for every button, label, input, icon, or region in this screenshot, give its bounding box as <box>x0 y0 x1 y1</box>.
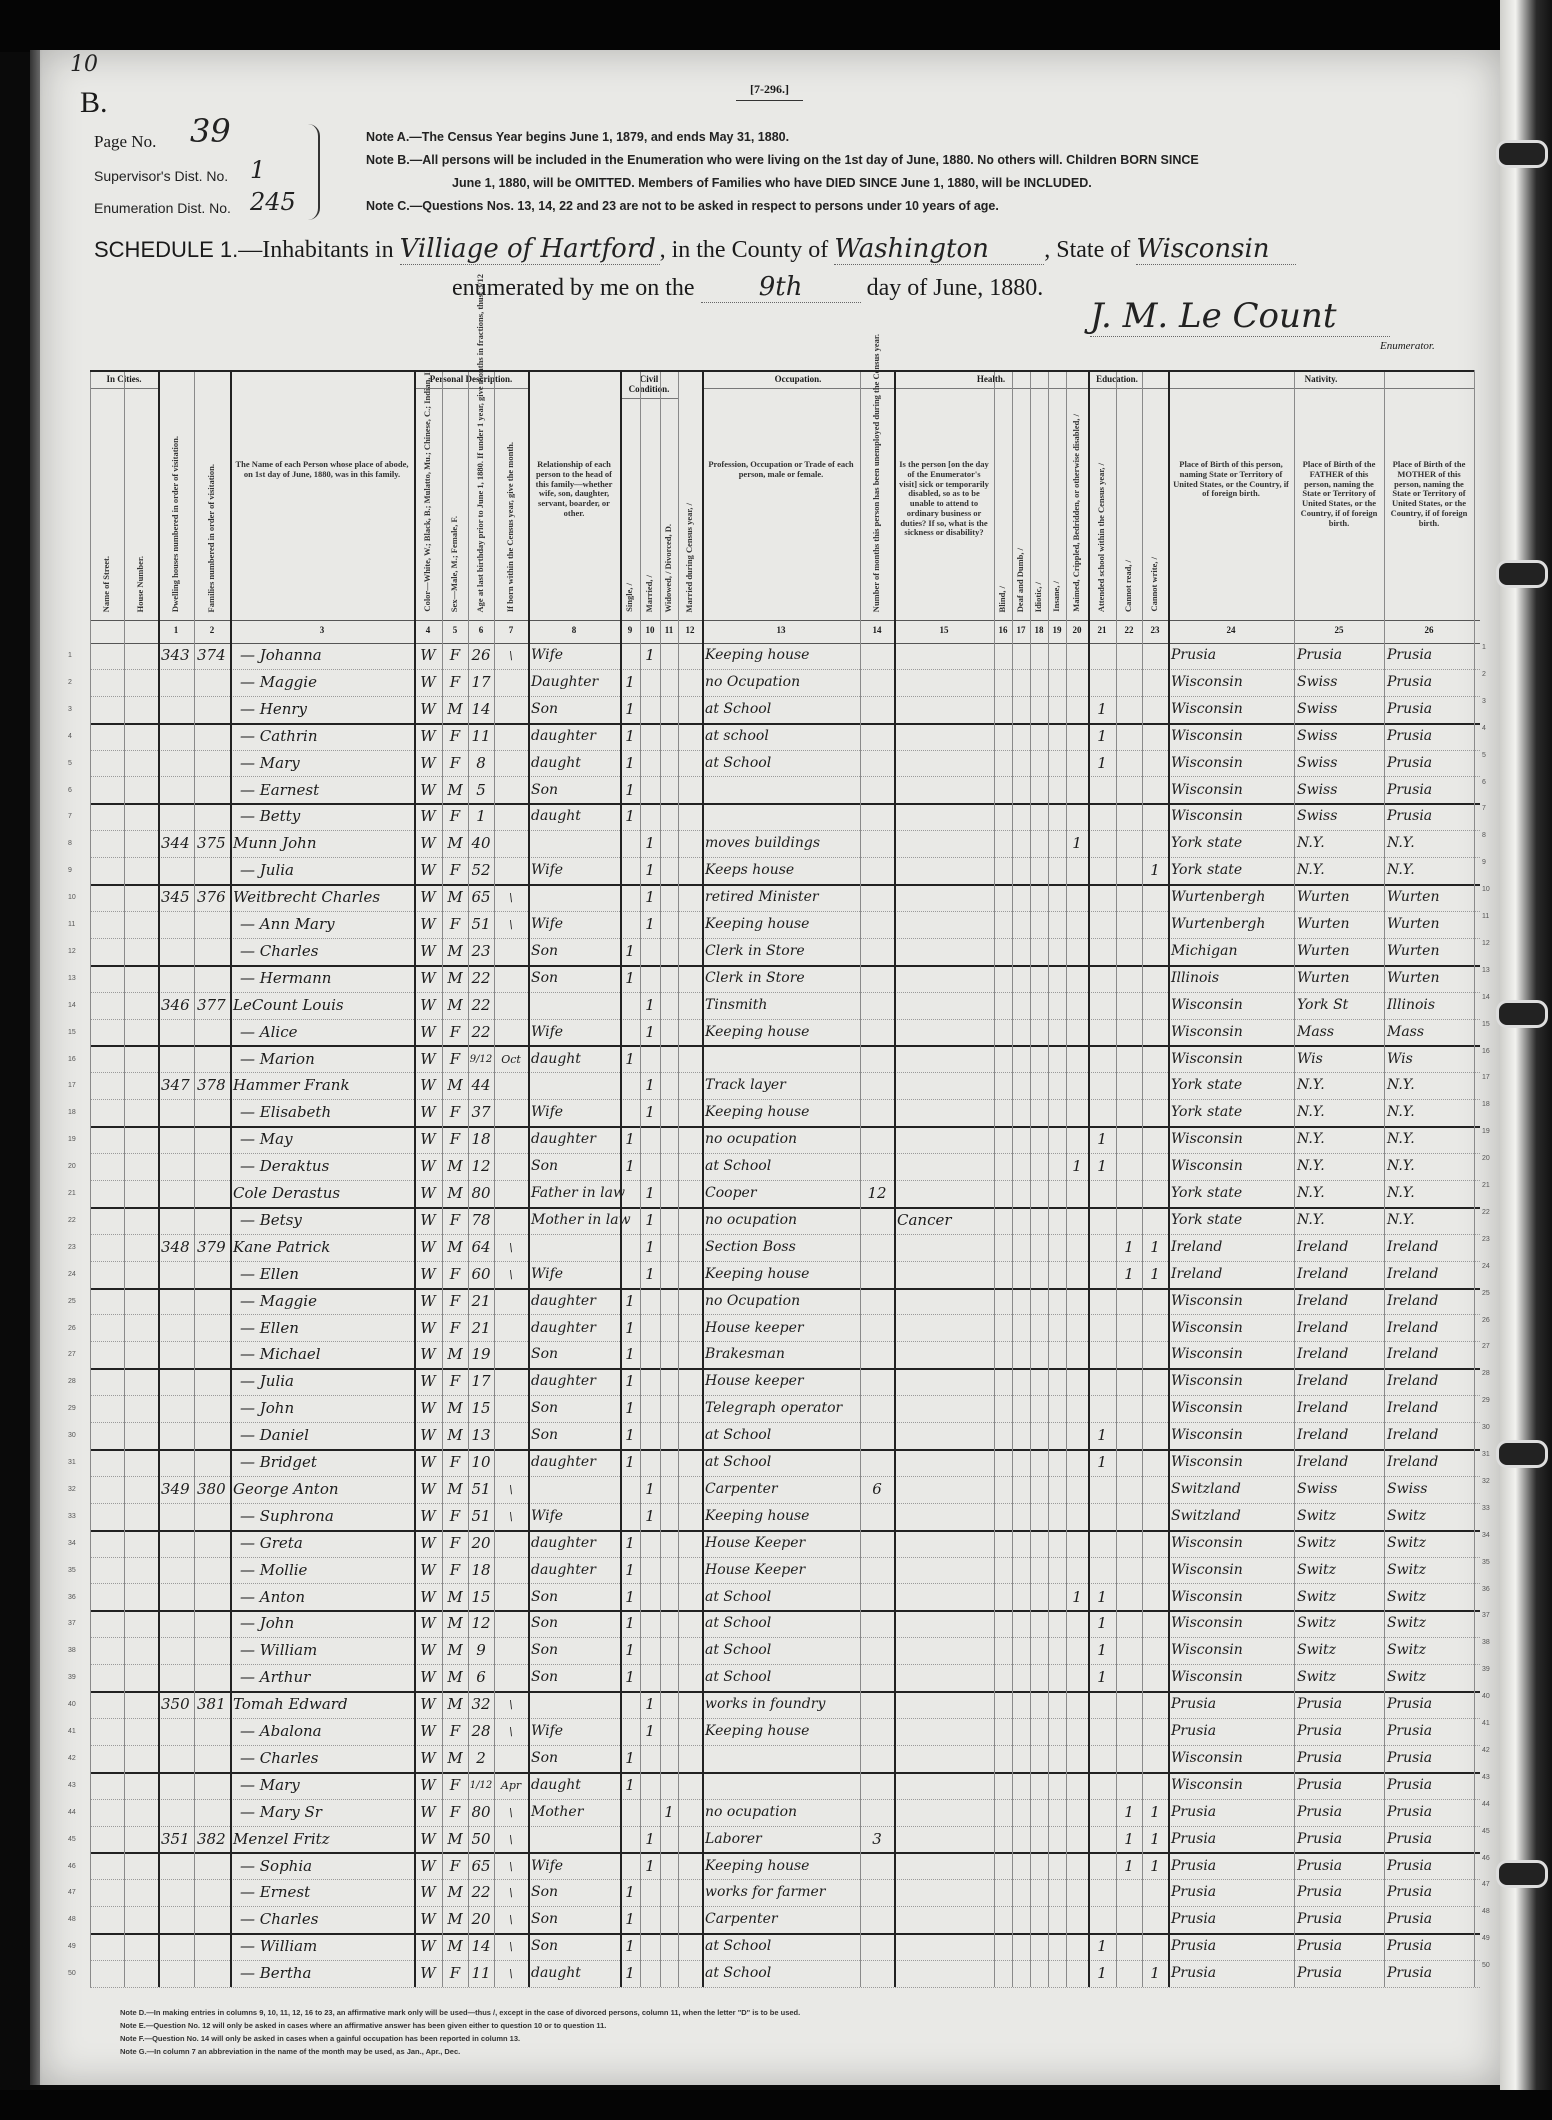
line-number: 28 <box>68 1378 76 1385</box>
cell-single: 1 <box>620 1745 640 1772</box>
cell-father: Ireland <box>1297 1288 1348 1315</box>
line-number: 22 <box>68 1217 76 1224</box>
cell-single: 1 <box>620 1449 640 1476</box>
cell-birth: Wisconsin <box>1171 1557 1243 1584</box>
cell-father: Prusia <box>1297 1826 1342 1853</box>
cell-occupation: at School <box>705 1637 771 1664</box>
table-row: 345376Weitbrecht CharlesWM65\1retired Mi… <box>90 884 1480 912</box>
cell-name: — Ann Mary <box>240 911 335 938</box>
cell-single: 1 <box>620 803 640 830</box>
cell-birth: Prusia <box>1171 1853 1216 1880</box>
column-number: 14 <box>860 625 894 635</box>
cell-age: 11 <box>468 723 494 750</box>
supervisor-label: Supervisor's Dist. No. <box>94 168 228 184</box>
cell-mother: Prusia <box>1387 642 1432 669</box>
cell-birth: Wisconsin <box>1171 1530 1243 1557</box>
column-number: 4 <box>414 625 442 635</box>
line-number: 17 <box>68 1082 76 1089</box>
cell-occupation: Keeping house <box>705 1853 809 1880</box>
line-number: 30 <box>68 1432 76 1439</box>
cell-birth: Wisconsin <box>1171 1315 1243 1342</box>
cell-relation: daughter <box>531 1315 596 1342</box>
cell-married: 1 <box>640 1099 660 1126</box>
cell-father: Swiss <box>1297 777 1337 804</box>
cell-sex: F <box>442 1368 468 1395</box>
line-number: 24 <box>1482 1263 1490 1270</box>
cell-mother: N.Y. <box>1387 1126 1415 1153</box>
line-number: 23 <box>1482 1236 1490 1243</box>
column-number: 15 <box>894 625 994 635</box>
cell-age: 51 <box>468 911 494 938</box>
cell-occupation: at School <box>705 1153 771 1180</box>
cell-mother: Prusia <box>1387 1879 1432 1906</box>
cell-family: 380 <box>197 1476 226 1503</box>
cell-mother: N.Y. <box>1387 1099 1415 1126</box>
cell-single: 1 <box>620 750 640 777</box>
cell-married: 1 <box>640 1019 660 1046</box>
cell-father: N.Y. <box>1297 1099 1325 1126</box>
cell-age: 52 <box>468 857 494 884</box>
cell-mother: Prusia <box>1387 1745 1432 1772</box>
cell-sex: M <box>442 1476 468 1503</box>
cell-mother: Wurten <box>1387 911 1439 938</box>
cell-dwelling: 347 <box>161 1072 190 1099</box>
cell-single: 1 <box>620 965 640 992</box>
cell-occupation: retired Minister <box>705 884 819 911</box>
cell-sex: F <box>442 750 468 777</box>
cell-age: 22 <box>468 992 494 1019</box>
line-number: 4 <box>1482 725 1486 732</box>
cell-birth: Wisconsin <box>1171 1449 1243 1476</box>
line-number: 3 <box>1482 698 1486 705</box>
column-rule <box>1030 370 1031 1987</box>
column-header-label: Married during Census year, / <box>685 503 695 612</box>
cell-color: W <box>414 669 442 696</box>
cell-unemployed: 12 <box>860 1180 894 1207</box>
cell-age: 20 <box>468 1906 494 1933</box>
cell-father: Ireland <box>1297 1395 1348 1422</box>
cell-single: 1 <box>620 1879 640 1906</box>
line-number: 27 <box>1482 1343 1490 1350</box>
cell-relation: daught <box>531 750 581 777</box>
cell-family: 376 <box>197 884 226 911</box>
cell-birth-month: \ <box>494 1906 528 1933</box>
table-row: — MollieWF18daughter1House KeeperWiscons… <box>90 1557 1480 1585</box>
cell-relation: Wife <box>531 1718 563 1745</box>
cell-mother: Prusia <box>1387 803 1432 830</box>
cell-occupation: at School <box>705 750 771 777</box>
cell-occupation: Laborer <box>705 1826 762 1853</box>
cell-age: 37 <box>468 1099 494 1126</box>
line-number: 45 <box>1482 1828 1490 1835</box>
cell-sex: M <box>442 992 468 1019</box>
line-number: 6 <box>68 787 72 794</box>
cell-father: Swiss <box>1297 1476 1337 1503</box>
line-number: 13 <box>68 975 76 982</box>
column-header: Attended school within the Census year, … <box>1088 370 1116 620</box>
cell-single: 1 <box>620 1530 640 1557</box>
cell-father: Switz <box>1297 1503 1336 1530</box>
cell-birth-month: \ <box>494 911 528 938</box>
cell-mother: Prusia <box>1387 1772 1432 1799</box>
cell-sex: F <box>442 1046 468 1073</box>
cell-father: Switz <box>1297 1637 1336 1664</box>
cell-father: Swiss <box>1297 750 1337 777</box>
cell-birth: York state <box>1171 857 1242 884</box>
column-header: Place of Birth of the MOTHER of this per… <box>1384 370 1474 620</box>
cell-father: Switz <box>1297 1530 1336 1557</box>
column-rule <box>494 370 495 1987</box>
cell-color: W <box>414 1557 442 1584</box>
cell-mother: Ireland <box>1387 1449 1438 1476</box>
line-number: 40 <box>1482 1693 1490 1700</box>
cell-color: W <box>414 1772 442 1799</box>
cell-occupation: no Ocupation <box>705 669 800 696</box>
cell-sex: M <box>442 777 468 804</box>
table-row: — ErnestWM22\Son1works for farmerPrusiaP… <box>90 1879 1480 1907</box>
cell-sex: F <box>442 1449 468 1476</box>
line-number: 32 <box>1482 1478 1490 1485</box>
cell-single: 1 <box>620 696 640 723</box>
cell-father: Prusia <box>1297 1960 1342 1987</box>
column-header: Deaf and Dumb, / <box>1012 370 1030 620</box>
column-header-label: Sex—Male, M.; Female, F. <box>450 516 460 612</box>
form-number: [7-296.] <box>736 82 803 101</box>
cell-occupation: at School <box>705 1960 771 1987</box>
cell-relation: daughter <box>531 1449 596 1476</box>
column-number: 12 <box>678 625 702 635</box>
cell-father: Prusia <box>1297 642 1342 669</box>
cell-age: 32 <box>468 1691 494 1718</box>
cell-age: 6 <box>468 1664 494 1691</box>
cell-single: 1 <box>620 1368 640 1395</box>
cell-color: W <box>414 1341 442 1368</box>
cell-color: W <box>414 803 442 830</box>
column-number: 16 <box>994 625 1012 635</box>
cell-father: Wis <box>1297 1046 1323 1073</box>
cell-name: — Mary <box>240 750 300 777</box>
cell-family: 381 <box>197 1691 226 1718</box>
cell-birth: Wisconsin <box>1171 803 1243 830</box>
column-header-label: Dwelling houses numbered in order of vis… <box>171 436 181 612</box>
cell-birth: Wisconsin <box>1171 669 1243 696</box>
cell-single: 1 <box>620 1046 640 1073</box>
binder-ring-icon <box>1496 1000 1548 1028</box>
cell-birth: York state <box>1171 830 1242 857</box>
cell-occupation: Keeping house <box>705 1099 809 1126</box>
cell-sex: M <box>442 1879 468 1906</box>
column-header: Place of Birth of this person, naming St… <box>1168 370 1294 620</box>
table-row: — SuphronaWF51\Wife1Keeping houseSwitzla… <box>90 1503 1480 1532</box>
cell-single: 1 <box>620 938 640 965</box>
cell-mother: Prusia <box>1387 1906 1432 1933</box>
cell-mother: Illinois <box>1387 992 1435 1019</box>
column-number: 18 <box>1030 625 1048 635</box>
cell-birth-month: \ <box>494 1826 528 1853</box>
column-header-label: Number of months this person has been un… <box>872 334 882 612</box>
binder-ring-icon <box>1496 1860 1548 1888</box>
cell-father: Wurten <box>1297 938 1349 965</box>
column-rule <box>158 370 160 1987</box>
cell-school: 1 <box>1088 1933 1116 1960</box>
cell-birth: Prusia <box>1171 1799 1216 1826</box>
cell-mother: Wis <box>1387 1046 1413 1073</box>
cell-birth: Ireland <box>1171 1234 1222 1261</box>
cell-birth: Wisconsin <box>1171 1288 1243 1315</box>
cell-name: — Greta <box>240 1530 303 1557</box>
cell-married: 1 <box>640 830 660 857</box>
cell-dwelling: 346 <box>161 992 190 1019</box>
cell-color: W <box>414 1584 442 1611</box>
cell-occupation: no Ocupation <box>705 1288 800 1315</box>
column-number-row: 1234567891011121314151617181920212223242… <box>90 620 1480 644</box>
cell-single: 1 <box>620 723 640 750</box>
cell-mother: Swiss <box>1387 1476 1427 1503</box>
line-number: 5 <box>68 760 72 767</box>
cell-occupation: Keeping house <box>705 1261 809 1288</box>
cell-single: 1 <box>620 1906 640 1933</box>
cell-school: 1 <box>1088 1960 1116 1987</box>
cell-relation: daughter <box>531 1368 596 1395</box>
cell-name: — Arthur <box>240 1664 310 1691</box>
column-rule <box>620 370 622 1987</box>
cell-birth-month: \ <box>494 642 528 669</box>
column-number: 24 <box>1168 625 1294 635</box>
column-rule <box>528 370 530 1987</box>
supervisor-value: 1 <box>250 156 265 184</box>
line-number: 35 <box>68 1567 76 1574</box>
line-number: 8 <box>1482 832 1486 839</box>
cell-name: — Deraktus <box>240 1153 329 1180</box>
cell-school: 1 <box>1088 1449 1116 1476</box>
cell-married: 1 <box>640 1718 660 1745</box>
table-row: 346377LeCount LouisWM221TinsmithWisconsi… <box>90 992 1480 1020</box>
cell-relation: Son <box>531 938 558 965</box>
line-number: 21 <box>68 1190 76 1197</box>
cell-married: 1 <box>640 1691 660 1718</box>
cell-name: — May <box>240 1126 293 1153</box>
cell-write: 1 <box>1142 1234 1168 1261</box>
cell-sex: M <box>442 1341 468 1368</box>
cell-birth: Wisconsin <box>1171 1395 1243 1422</box>
cell-name: — Ellen <box>240 1315 299 1342</box>
cell-mother: Switz <box>1387 1557 1426 1584</box>
cell-name: — Julia <box>240 857 294 884</box>
line-number: 16 <box>1482 1048 1490 1055</box>
line-number: 11 <box>1482 913 1489 920</box>
cell-color: W <box>414 938 442 965</box>
cell-age: 65 <box>468 1853 494 1880</box>
line-number: 34 <box>1482 1532 1490 1539</box>
table-row: — BettyWF1daught1WisconsinSwissPrusia77 <box>90 803 1480 831</box>
column-number: 5 <box>442 625 468 635</box>
cell-relation: Father in law <box>531 1180 625 1207</box>
table-row: — WilliamWM14\Son1at School1PrusiaPrusia… <box>90 1933 1480 1961</box>
cell-birth: Wisconsin <box>1171 1745 1243 1772</box>
cell-sex: M <box>442 1906 468 1933</box>
column-header-label: Deaf and Dumb, / <box>1016 548 1026 612</box>
cell-sex: F <box>442 1772 468 1799</box>
column-header: Profession, Occupation or Trade of each … <box>702 370 860 620</box>
cell-single: 1 <box>620 1315 640 1342</box>
line-number: 50 <box>1482 1962 1490 1969</box>
column-number: 19 <box>1048 625 1066 635</box>
line-number: 36 <box>1482 1586 1490 1593</box>
column-number: 3 <box>230 625 414 635</box>
line-number: 25 <box>1482 1290 1490 1297</box>
cell-age: 22 <box>468 965 494 992</box>
cell-name: Hammer Frank <box>233 1072 350 1099</box>
cell-father: Prusia <box>1297 1799 1342 1826</box>
column-rule <box>194 370 195 1987</box>
column-rule <box>90 370 91 1987</box>
cell-birth: Wisconsin <box>1171 1341 1243 1368</box>
cell-occupation: no ocupation <box>705 1126 797 1153</box>
cell-relation: Wife <box>531 642 563 669</box>
cell-relation: Son <box>531 777 558 804</box>
cell-family: 375 <box>197 830 226 857</box>
line-number: 50 <box>68 1970 76 1977</box>
line-number: 7 <box>68 813 72 820</box>
cell-age: 17 <box>468 669 494 696</box>
cell-birth: Wisconsin <box>1171 1126 1243 1153</box>
line-number: 35 <box>1482 1559 1490 1566</box>
cell-name: LeCount Louis <box>233 992 344 1019</box>
cell-write: 1 <box>1142 1960 1168 1987</box>
cell-mother: Prusia <box>1387 750 1432 777</box>
table-row: 348379Kane PatrickWM64\1Section Boss11Ir… <box>90 1234 1480 1262</box>
cell-father: Mass <box>1297 1019 1334 1046</box>
cell-relation: daughter <box>531 1530 596 1557</box>
cell-color: W <box>414 1799 442 1826</box>
cell-color: W <box>414 1718 442 1745</box>
table-row: — CathrinWF11daughter1at school1Wisconsi… <box>90 723 1480 751</box>
cell-birth-month: \ <box>494 1261 528 1288</box>
note-d: Note D.—In making entries in columns 9, … <box>120 2008 800 2017</box>
cell-age: 40 <box>468 830 494 857</box>
line-number: 22 <box>1482 1209 1490 1216</box>
cell-relation: Mother in law <box>531 1207 631 1234</box>
cell-father: Wurten <box>1297 965 1349 992</box>
binding-edge <box>1500 0 1552 2120</box>
column-header-label: Insane, / <box>1052 581 1062 612</box>
cell-color: W <box>414 1019 442 1046</box>
table-row: — BerthaWF11\daught1at School11PrusiaPru… <box>90 1960 1480 1988</box>
cell-birth: Wisconsin <box>1171 750 1243 777</box>
cell-relation: Daughter <box>531 669 598 696</box>
enumerated-label: enumerated by me on the <box>452 275 695 301</box>
table-row: — AliceWF22Wife1Keeping houseWisconsinMa… <box>90 1019 1480 1048</box>
cell-name: — William <box>240 1637 317 1664</box>
cell-mother: Ireland <box>1387 1395 1438 1422</box>
cell-occupation: at School <box>705 1610 771 1637</box>
binder-ring-icon <box>1496 1440 1548 1468</box>
cell-dwelling: 345 <box>161 884 190 911</box>
cell-sex: M <box>442 1610 468 1637</box>
cell-sex: F <box>442 857 468 884</box>
cell-color: W <box>414 642 442 669</box>
cell-married: 1 <box>640 1503 660 1530</box>
cell-sex: M <box>442 884 468 911</box>
cell-sex: M <box>442 1664 468 1691</box>
cell-occupation: at School <box>705 1933 771 1960</box>
line-number: 47 <box>68 1889 76 1896</box>
table-row: — JohnWM15Son1Telegraph operatorWisconsi… <box>90 1395 1480 1423</box>
cell-married: 1 <box>640 1234 660 1261</box>
line-number: 32 <box>68 1486 76 1493</box>
cell-relation: Wife <box>531 1853 563 1880</box>
cell-birth: Wisconsin <box>1171 1610 1243 1637</box>
column-header: Dwelling houses numbered in order of vis… <box>158 370 194 620</box>
cell-birth-month: \ <box>494 884 528 911</box>
table-row: 350381Tomah EdwardWM32\1works in foundry… <box>90 1691 1480 1719</box>
cell-age: 80 <box>468 1180 494 1207</box>
line-number: 3 <box>68 706 72 713</box>
cell-relation: Son <box>531 965 558 992</box>
cell-name: — Cathrin <box>240 723 318 750</box>
cell-read: 1 <box>1116 1261 1142 1288</box>
cell-color: W <box>414 1368 442 1395</box>
cell-birth-month: \ <box>494 1234 528 1261</box>
cell-name: — Charles <box>240 1745 318 1772</box>
cell-name: — Ernest <box>240 1879 310 1906</box>
cell-name: — Maggie <box>240 1288 317 1315</box>
cell-birth: Wurtenbergh <box>1171 884 1265 911</box>
note-a: Note A.—The Census Year begins June 1, 1… <box>366 130 789 144</box>
cell-occupation: Keeps house <box>705 857 794 884</box>
county-label: , in the County of <box>660 237 829 263</box>
cell-color: W <box>414 1610 442 1637</box>
cell-father: Ireland <box>1297 1449 1348 1476</box>
column-number: 21 <box>1088 625 1116 635</box>
cell-mother: Switz <box>1387 1610 1426 1637</box>
table-row: — BridgetWF10daughter1at School1Wisconsi… <box>90 1449 1480 1477</box>
cell-mother: Prusia <box>1387 696 1432 723</box>
enumeration-value: 245 <box>250 188 296 216</box>
cell-mother: N.Y. <box>1387 857 1415 884</box>
cell-sex: F <box>442 911 468 938</box>
cell-family: 379 <box>197 1234 226 1261</box>
cell-sex: M <box>442 830 468 857</box>
cell-occupation: Telegraph operator <box>705 1395 842 1422</box>
cell-color: W <box>414 1664 442 1691</box>
cell-name: — William <box>240 1933 317 1960</box>
column-header-label: Idiotic, / <box>1034 582 1044 612</box>
column-header-label: Profession, Occupation or Trade of each … <box>706 460 856 480</box>
cell-mother: Switz <box>1387 1637 1426 1664</box>
cell-name: Munn John <box>233 830 316 857</box>
line-number: 14 <box>68 1002 76 1009</box>
column-rule <box>894 370 896 1987</box>
line-number: 45 <box>68 1836 76 1843</box>
cell-family: 378 <box>197 1072 226 1099</box>
column-header: Maimed, Crippled, Bedridden, or otherwis… <box>1066 370 1088 620</box>
column-rule <box>1048 370 1049 1987</box>
column-rule <box>468 370 469 1987</box>
cell-name: — Anton <box>240 1584 305 1611</box>
line-number: 44 <box>68 1809 76 1816</box>
cell-occupation: House keeper <box>705 1315 804 1342</box>
cell-color: W <box>414 1503 442 1530</box>
schedule-title: SCHEDULE 1. <box>94 237 238 262</box>
cell-occupation: Keeping house <box>705 1503 809 1530</box>
cell-write: 1 <box>1142 1826 1168 1853</box>
cell-name: — Bertha <box>240 1960 311 1987</box>
line-number: 2 <box>1482 671 1486 678</box>
cell-relation: daught <box>531 1046 581 1073</box>
cell-father: Switz <box>1297 1664 1336 1691</box>
cell-name: — Earnest <box>240 777 319 804</box>
